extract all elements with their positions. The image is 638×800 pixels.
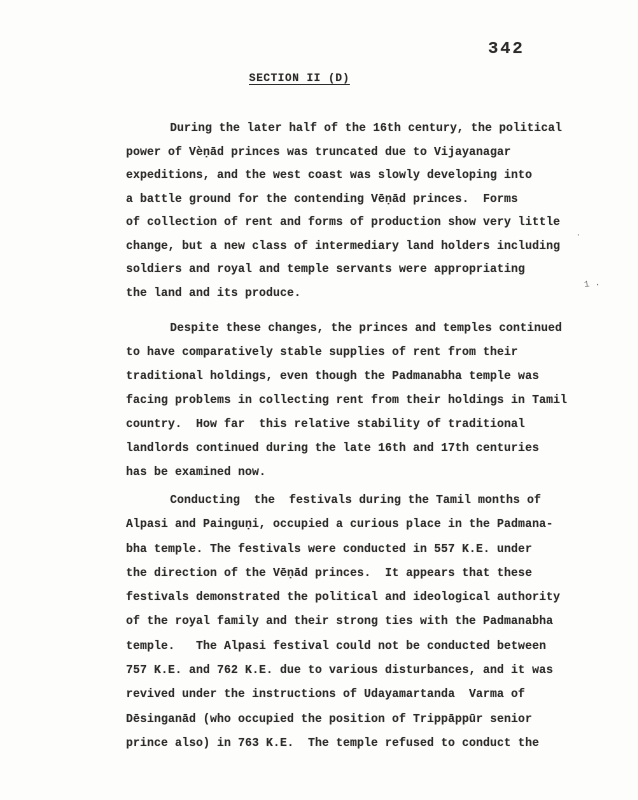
scan-artifact-speck: · (576, 231, 581, 240)
paragraph-1: During the later half of the 16th centur… (126, 117, 604, 305)
scanned-document-page: 342 SECTION II (D) During the later half… (0, 0, 638, 800)
section-heading: SECTION II (D) (249, 73, 350, 85)
paragraph-3: Conducting the festivals during the Tami… (126, 489, 604, 756)
page-number: 342 (488, 40, 525, 59)
paragraph-2: Despite these changes, the princes and t… (126, 317, 604, 485)
